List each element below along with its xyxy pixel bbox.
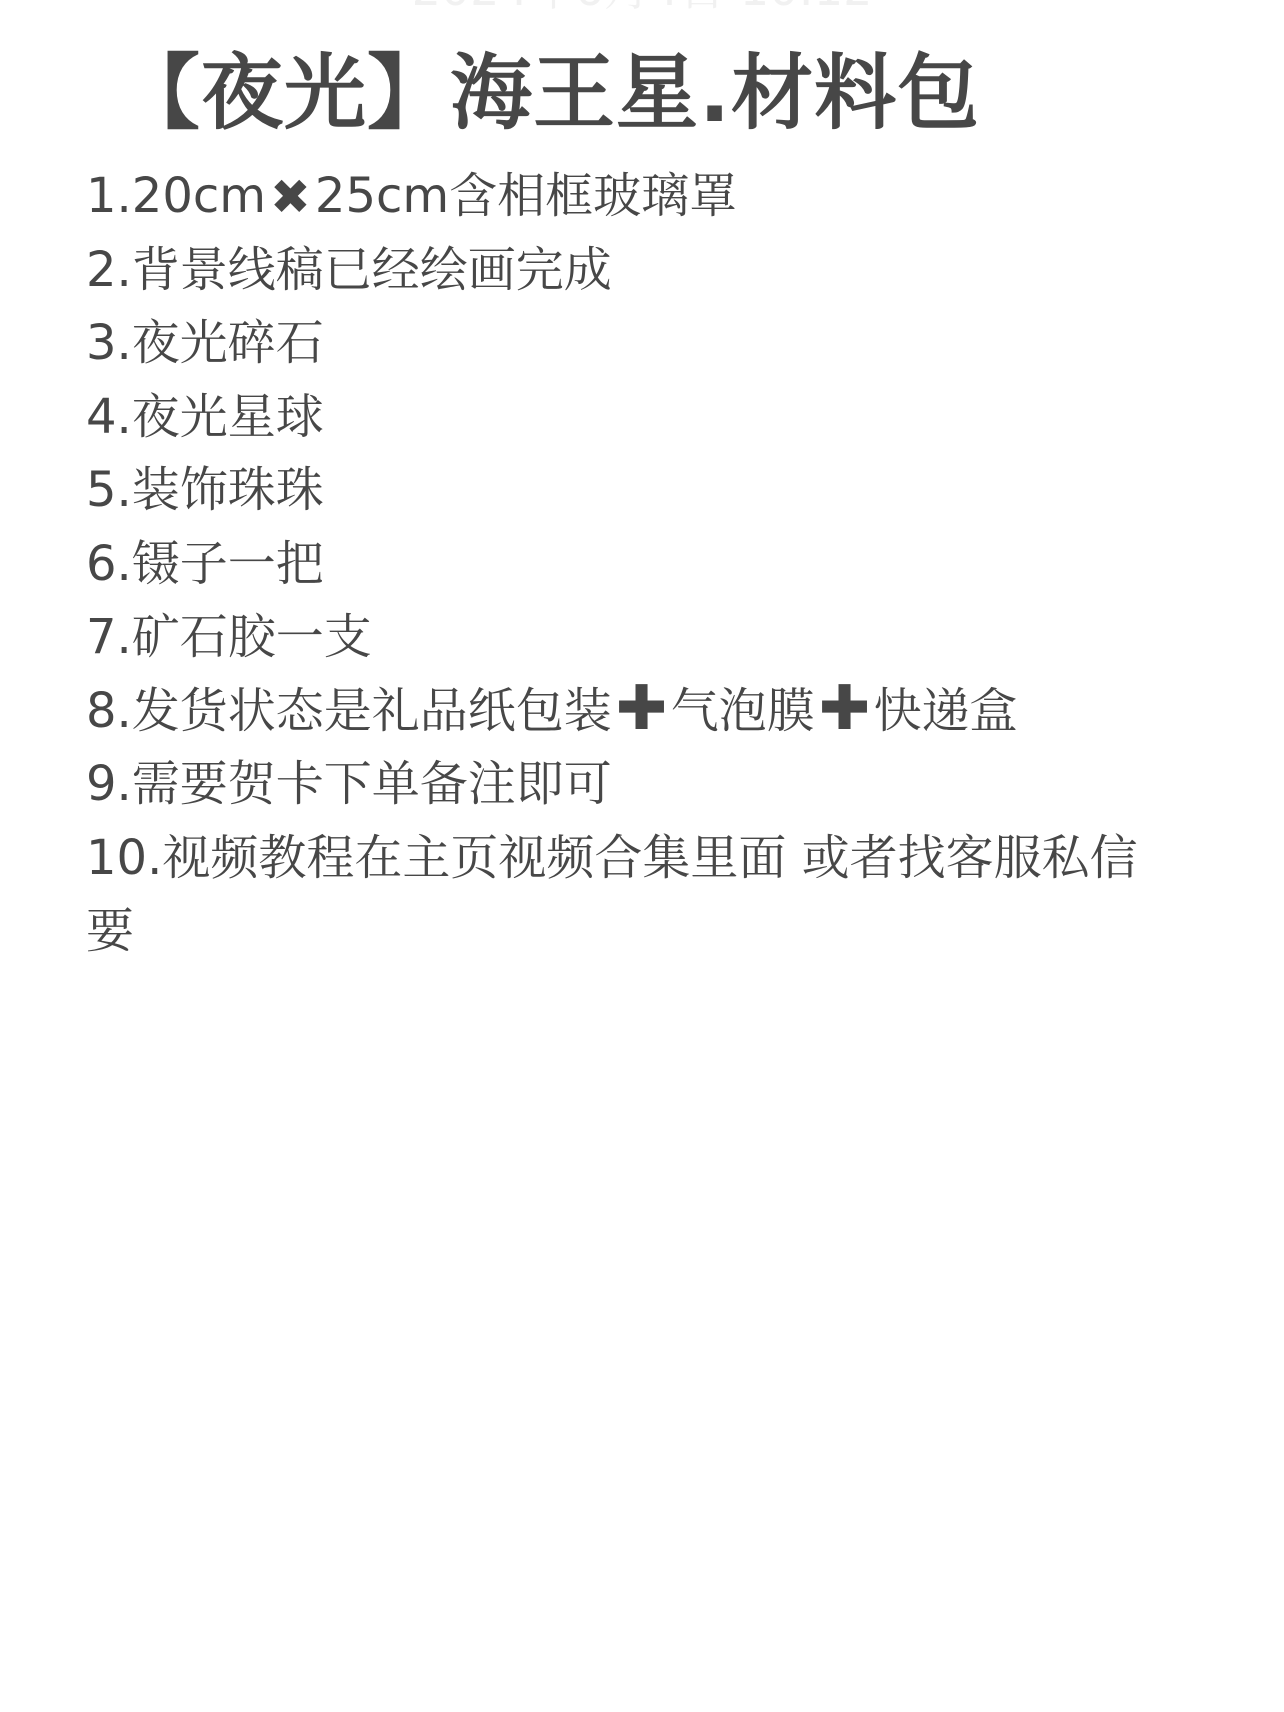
item-text: 20cm: [132, 168, 266, 224]
materials-list: 1.20cm✖25cm含相框玻璃罩 2.背景线稿已经绘画完成 3.夜光碎石 4.…: [86, 160, 1206, 969]
item-text: 镊子一把: [132, 536, 324, 592]
item-text: 快递盒: [874, 683, 1018, 739]
list-item: 1.20cm✖25cm含相框玻璃罩: [86, 160, 1206, 234]
list-item: 5.装饰珠珠: [86, 454, 1206, 528]
item-text: 背景线稿已经绘画完成: [132, 242, 612, 298]
item-index: 5.: [86, 462, 132, 518]
item-index: 10.: [86, 830, 162, 886]
item-text: 需要贺卡下单备注即可: [132, 756, 612, 812]
timestamp: 2024年6月4日 10:12: [0, 0, 1284, 12]
document-title: 【夜光】海王星.材料包: [118, 44, 980, 144]
item-text: 矿石胶一支: [132, 609, 372, 665]
item-text: 夜光星球: [132, 389, 324, 445]
item-index: 8.: [86, 683, 132, 739]
item-text: 夜光碎石: [132, 315, 324, 371]
item-index: 1.: [86, 168, 132, 224]
item-index: 9.: [86, 756, 132, 812]
list-item: 7.矿石胶一支: [86, 601, 1206, 675]
item-text: 视频教程在主页视频合集里面 或者找客服私信要: [86, 830, 1138, 960]
list-item: 2.背景线稿已经绘画完成: [86, 234, 1206, 308]
item-index: 3.: [86, 315, 132, 371]
list-item: 3.夜光碎石: [86, 307, 1206, 381]
list-item: 8.发货状态是礼品纸包装✚气泡膜✚快递盒: [86, 675, 1206, 749]
item-text: 气泡膜: [671, 683, 815, 739]
list-item: 6.镊子一把: [86, 528, 1206, 602]
cross-icon: ✖: [270, 157, 311, 238]
list-item: 4.夜光星球: [86, 381, 1206, 455]
item-index: 4.: [86, 389, 132, 445]
item-text: 25cm含相框玻璃罩: [315, 168, 737, 224]
plus-icon: ✚: [818, 682, 870, 735]
item-index: 7.: [86, 609, 132, 665]
list-item: 10.视频教程在主页视频合集里面 或者找客服私信要: [86, 822, 1166, 969]
plus-icon: ✚: [615, 682, 667, 735]
item-text: 装饰珠珠: [132, 462, 324, 518]
item-index: 6.: [86, 536, 132, 592]
item-text: 发货状态是礼品纸包装: [132, 683, 612, 739]
list-item: 9.需要贺卡下单备注即可: [86, 748, 1206, 822]
item-index: 2.: [86, 242, 132, 298]
